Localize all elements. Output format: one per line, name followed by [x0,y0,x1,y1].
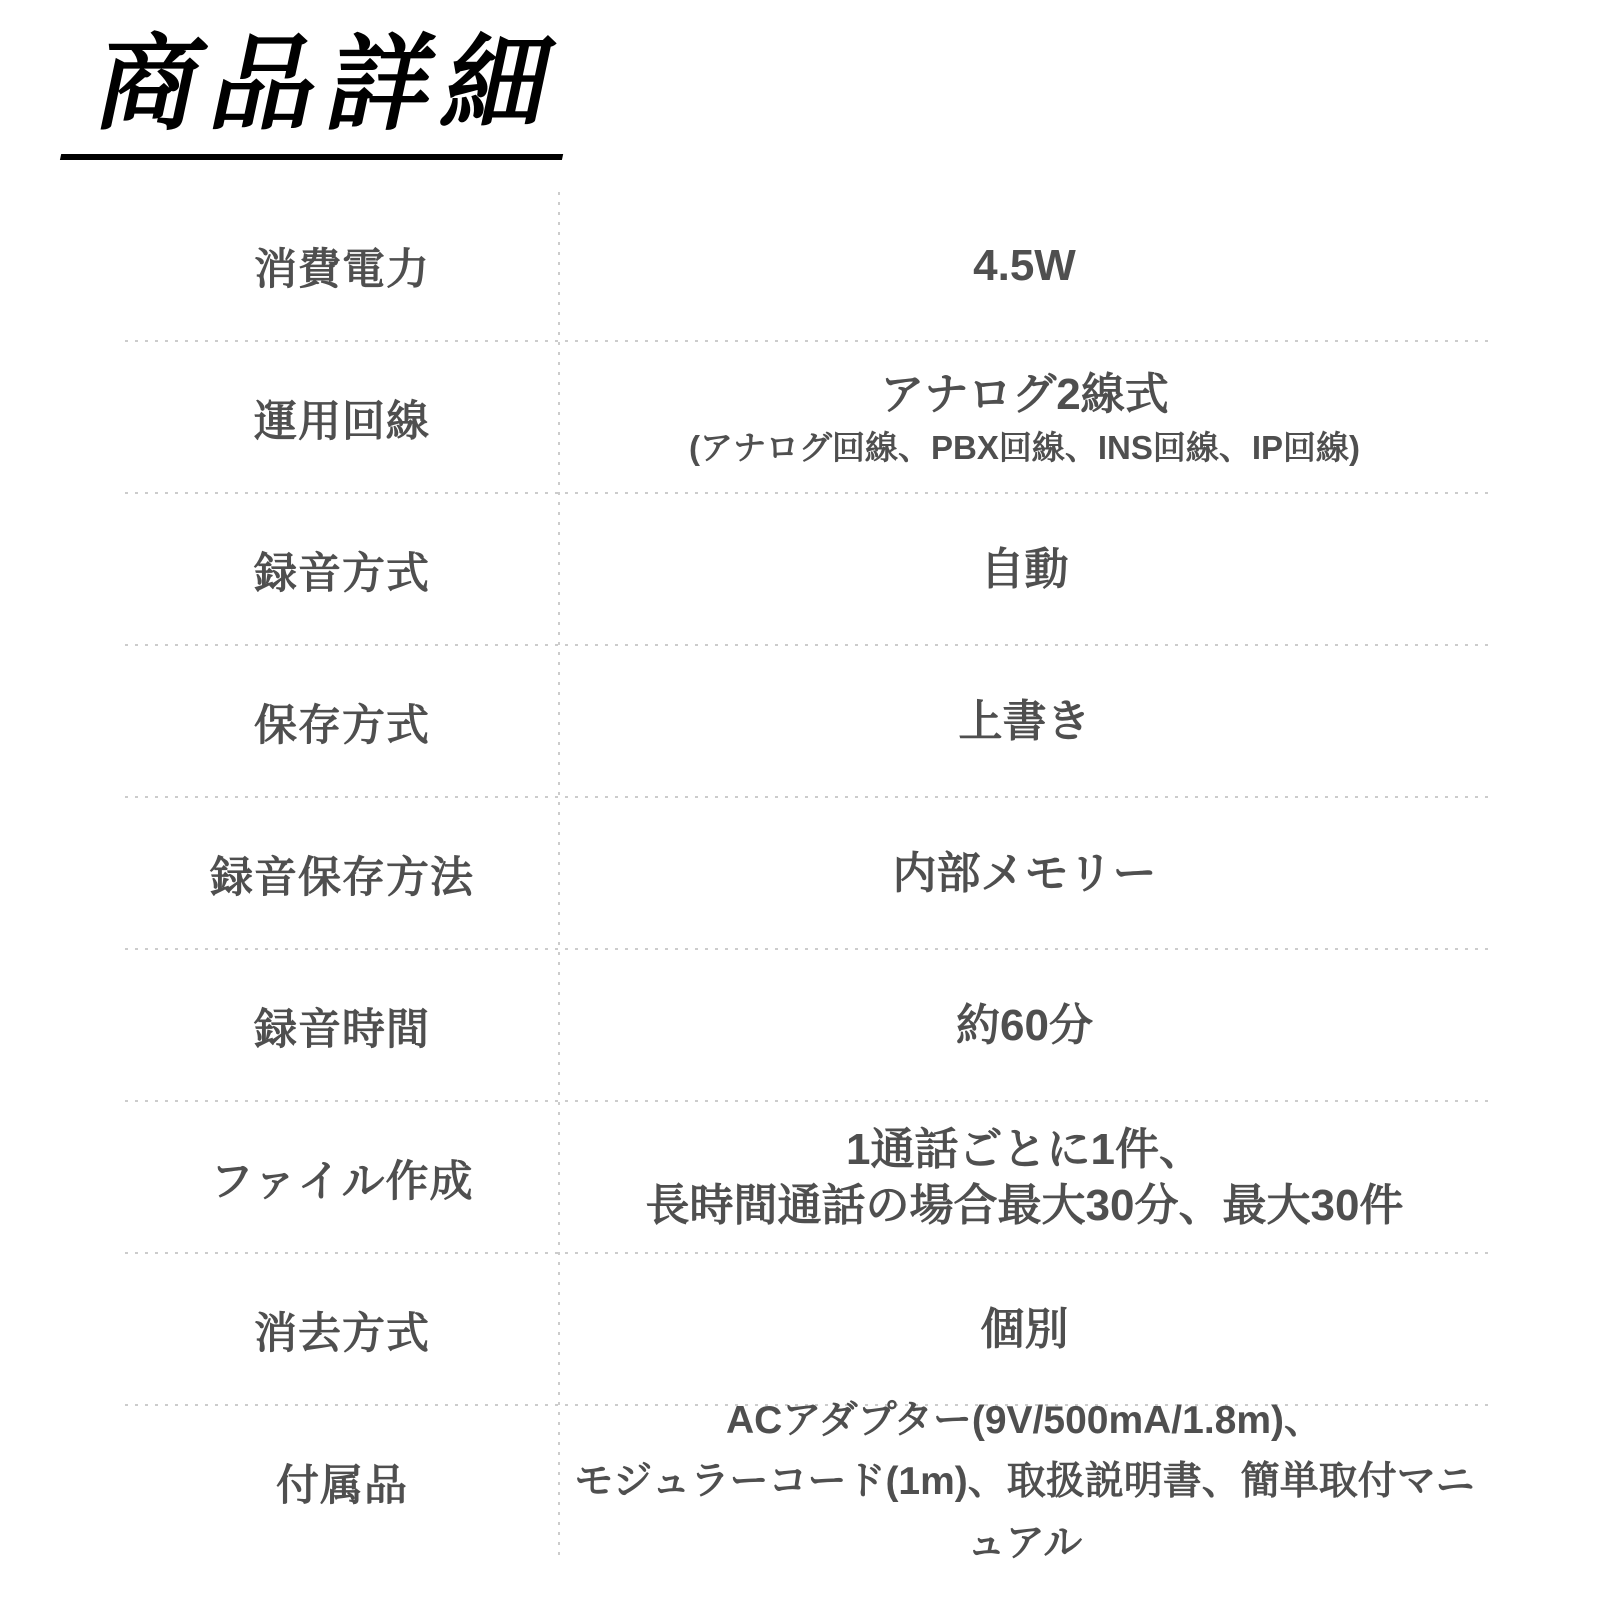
table-row-save-method: 保存方式 上書き [125,646,1490,798]
spec-table: 消費電力 4.5W 運用回線 アナログ2線式 (アナログ回線、PBX回線、INS… [125,190,1490,1558]
product-detail-page: 商品詳細 消費電力 4.5W 運用回線 アナログ2線式 (アナログ回線、PBX回… [0,0,1600,1599]
spec-value: アナログ2線式 (アナログ回線、PBX回線、INS回線、IP回線) [559,342,1490,494]
spec-value: 約60分 [559,950,1490,1102]
table-row-accessories: 付属品 ACアダプター(9V/500mA/1.8m)、 モジュラーコード(1m)… [125,1406,1490,1558]
spec-value-text-line2: モジュラーコード(1m)、取扱説明書、簡単取付マニュアル [559,1451,1490,1574]
page-title: 商品詳細 [60,24,591,160]
table-row-file-creation: ファイル作成 1通話ごとに1件、 長時間通話の場合最大30分、最大30件 [125,1102,1490,1254]
table-row-power: 消費電力 4.5W [125,190,1490,342]
spec-label: ファイル作成 [125,1102,559,1254]
spec-label: 録音保存方法 [125,798,559,950]
spec-label: 付属品 [125,1406,559,1558]
table-row-line-type: 運用回線 アナログ2線式 (アナログ回線、PBX回線、INS回線、IP回線) [125,342,1490,494]
spec-value-text-line2: 長時間通話の場合最大30分、最大30件 [646,1178,1404,1234]
spec-label: 消費電力 [125,190,559,342]
spec-value: ACアダプター(9V/500mA/1.8m)、 モジュラーコード(1m)、取扱説… [559,1406,1490,1558]
spec-value-text: 4.5W [973,238,1076,294]
table-row-storage: 録音保存方法 内部メモリー [125,798,1490,950]
spec-value-text: 内部メモリー [893,846,1157,902]
spec-value-text: 自動 [981,542,1069,598]
spec-value: 個別 [559,1254,1490,1406]
spec-value: 内部メモリー [559,798,1490,950]
spec-value: 上書き [559,646,1490,798]
spec-label: 保存方式 [125,646,559,798]
table-row-recording-time: 録音時間 約60分 [125,950,1490,1102]
spec-value-text: 個別 [981,1302,1069,1358]
spec-label: 運用回線 [125,342,559,494]
spec-label: 消去方式 [125,1254,559,1406]
spec-value: 4.5W [559,190,1490,342]
table-row-erase-method: 消去方式 個別 [125,1254,1490,1406]
spec-value-text: 上書き [959,694,1091,750]
spec-label: 録音方式 [125,494,559,646]
spec-value-text: 約60分 [956,998,1093,1054]
spec-label: 録音時間 [125,950,559,1102]
spec-value-subtext: (アナログ回線、PBX回線、INS回線、IP回線) [689,427,1360,469]
spec-value: 自動 [559,494,1490,646]
spec-value-text: 1通話ごとに1件、 [846,1122,1203,1178]
spec-value-text: アナログ2線式 [880,367,1168,423]
spec-value: 1通話ごとに1件、 長時間通話の場合最大30分、最大30件 [559,1102,1490,1254]
table-row-recording-method: 録音方式 自動 [125,494,1490,646]
spec-value-text: ACアダプター(9V/500mA/1.8m)、 [726,1390,1323,1452]
